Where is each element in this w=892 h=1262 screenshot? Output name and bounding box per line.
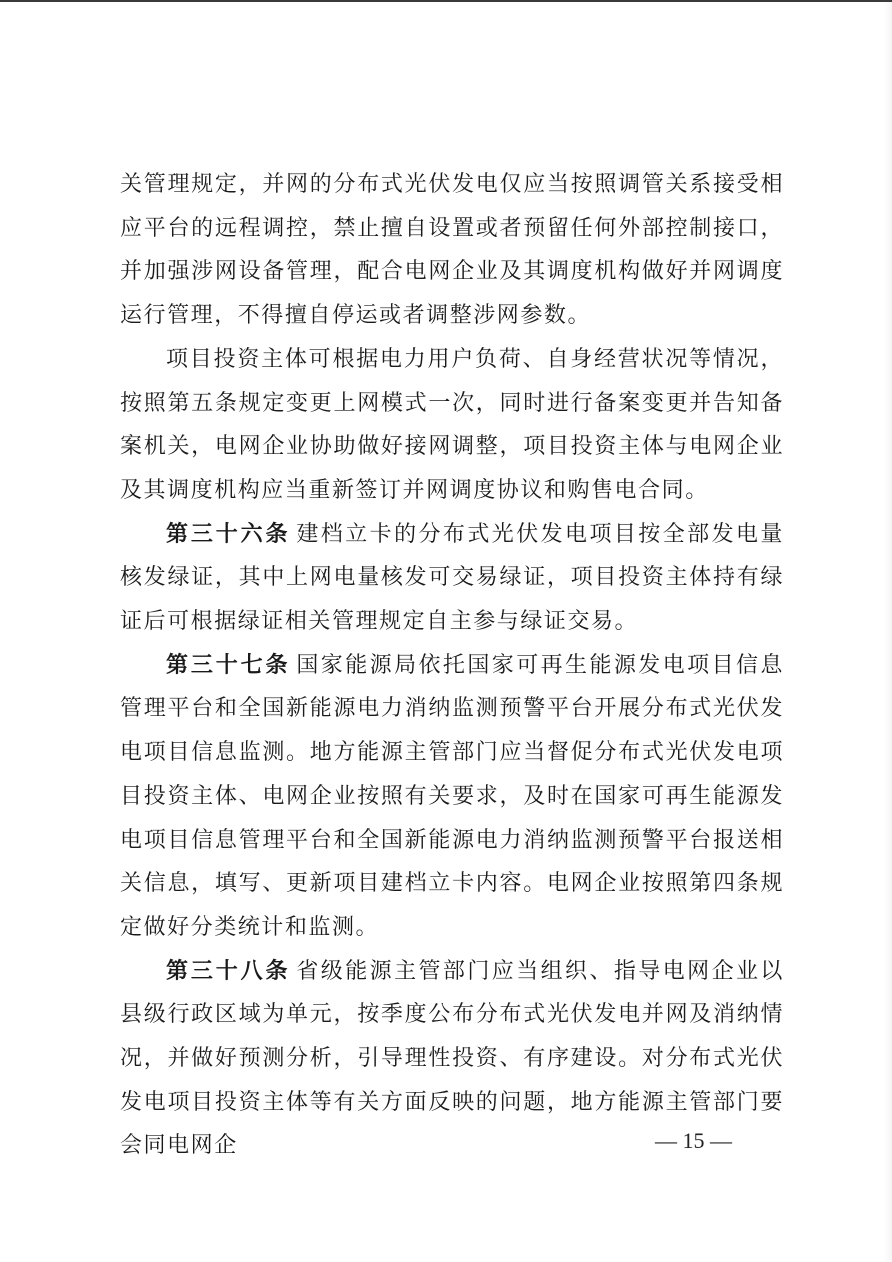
paragraph-text: 项目投资主体可根据电力用户负荷、自身经营状况等情况，按照第五条规定变更上网模式一… [120,347,784,503]
article-number: 第三十六条 [166,522,290,547]
page-right-edge-shadow [884,2,892,1262]
page-top-edge [0,0,892,2]
article-36: 第三十六条建档立卡的分布式光伏发电项目按全部发电量核发绿证，其中上网电量核发可交… [120,513,784,644]
paragraph-text: 关管理规定，并网的分布式光伏发电仅应当按照调管关系接受相应平台的远程调控，禁止擅… [120,172,784,328]
paragraph-grid-mode-change: 项目投资主体可根据电力用户负荷、自身经营状况等情况，按照第五条规定变更上网模式一… [120,338,784,513]
article-number: 第三十七条 [166,653,290,678]
paragraph-continued: 关管理规定，并网的分布式光伏发电仅应当按照调管关系接受相应平台的远程调控，禁止擅… [120,163,784,338]
document-body: 关管理规定，并网的分布式光伏发电仅应当按照调管关系接受相应平台的远程调控，禁止擅… [120,163,784,1168]
page-number: — 15 — [655,1128,732,1154]
article-37: 第三十七条国家能源局依托国家可再生能源发电项目信息管理平台和全国新能源电力消纳监… [120,644,784,950]
article-text: 国家能源局依托国家可再生能源发电项目信息管理平台和全国新能源电力消纳监测预警平台… [120,653,784,940]
article-number: 第三十八条 [166,959,290,984]
